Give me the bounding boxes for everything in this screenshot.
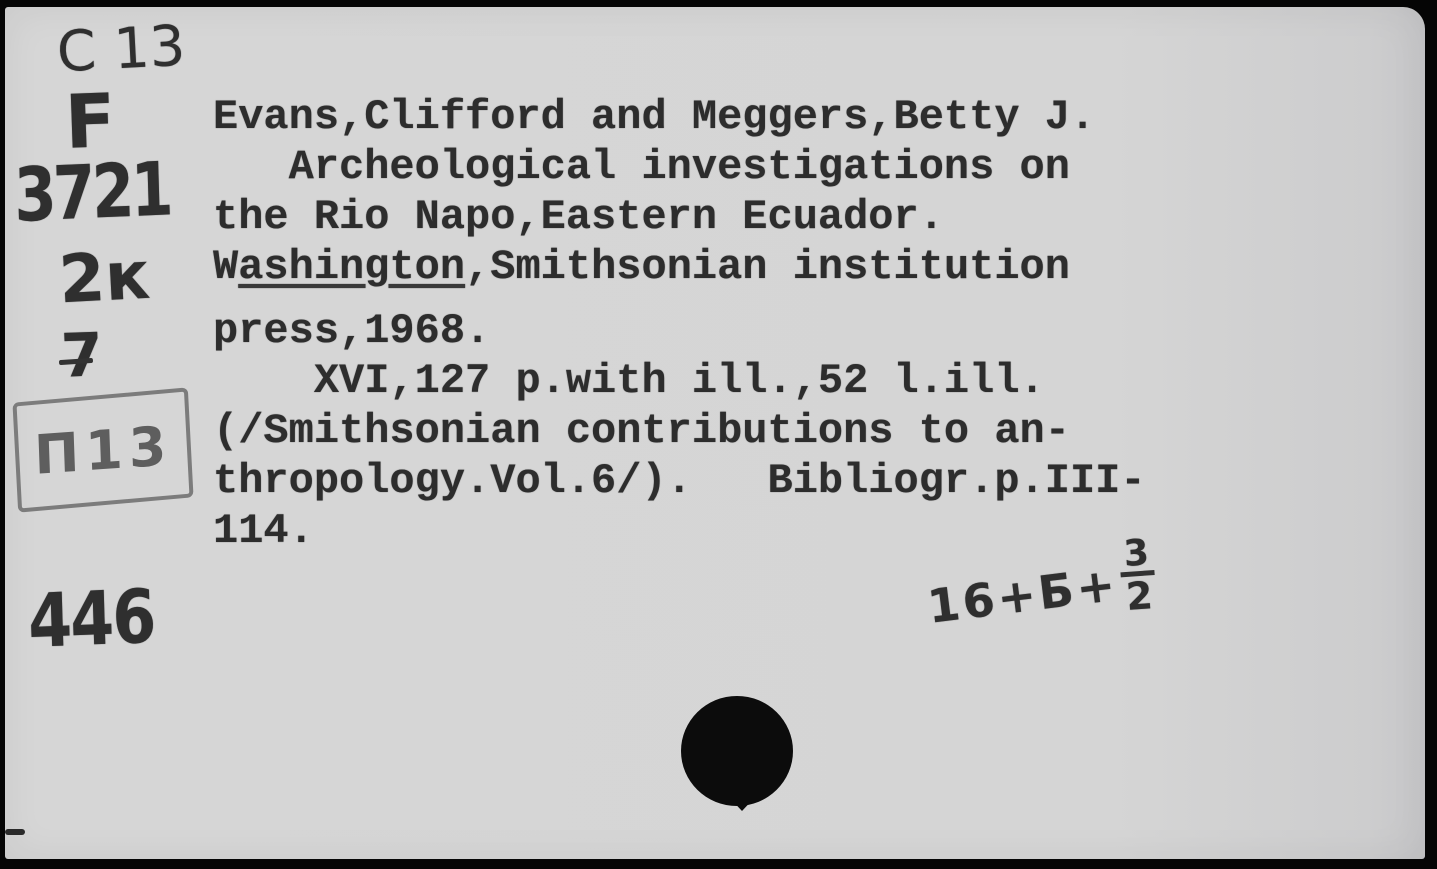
handwritten-formula: 16+Б+32 (923, 541, 1160, 644)
imprint-prefix: W (213, 243, 238, 291)
series-line-2: thropology.Vol.6/). Bibliogr.p.III- (213, 456, 1146, 506)
catalog-card: Evans,Clifford and Meggers,Betty J. Arch… (5, 7, 1425, 859)
title-line-1: Archeological investigations on (213, 142, 1146, 192)
fraction-denominator: 2 (1121, 570, 1158, 616)
typed-bibliographic-entry: Evans,Clifford and Meggers,Betty J. Arch… (213, 92, 1146, 556)
handwritten-number-7: 7 (60, 320, 104, 391)
imprint-underlined: ashington (238, 243, 465, 291)
hole-punch-tail (727, 795, 757, 811)
author-line: Evans,Clifford and Meggers,Betty J. (213, 92, 1146, 142)
imprint-line-2: press,1968. (213, 306, 1146, 356)
imprint-rest: ,Smithsonian institution (465, 243, 1070, 291)
handwritten-number-3721: 3721 (13, 146, 171, 239)
handwritten-accession-number: 446 (27, 574, 156, 665)
series-line-1: (/Smithsonian contributions to an- (213, 406, 1146, 456)
scan-edge-artifact (5, 829, 25, 835)
boxed-code-text: П13 (33, 414, 173, 487)
title-line-2: the Rio Napo,Eastern Ecuador. (213, 192, 1146, 242)
formula-prefix: 16+Б+ (925, 557, 1121, 634)
fraction-numerator: 3 (1123, 538, 1150, 570)
imprint-line-1: Washington,Smithsonian institution (213, 242, 1146, 292)
collation-line: XVI,127 p.with ill.,52 l.ill. (213, 356, 1146, 406)
hole-punch-mark (681, 696, 793, 806)
scanned-catalog-card-page: Evans,Clifford and Meggers,Betty J. Arch… (0, 0, 1437, 869)
formula-fraction: 32 (1118, 538, 1158, 616)
handwritten-copies-mark: 2к (57, 237, 152, 319)
pencil-boxed-code: П13 (12, 387, 193, 512)
handwritten-shelf-code: C 13 (55, 14, 186, 86)
series-line-3: 114. (213, 506, 1146, 556)
